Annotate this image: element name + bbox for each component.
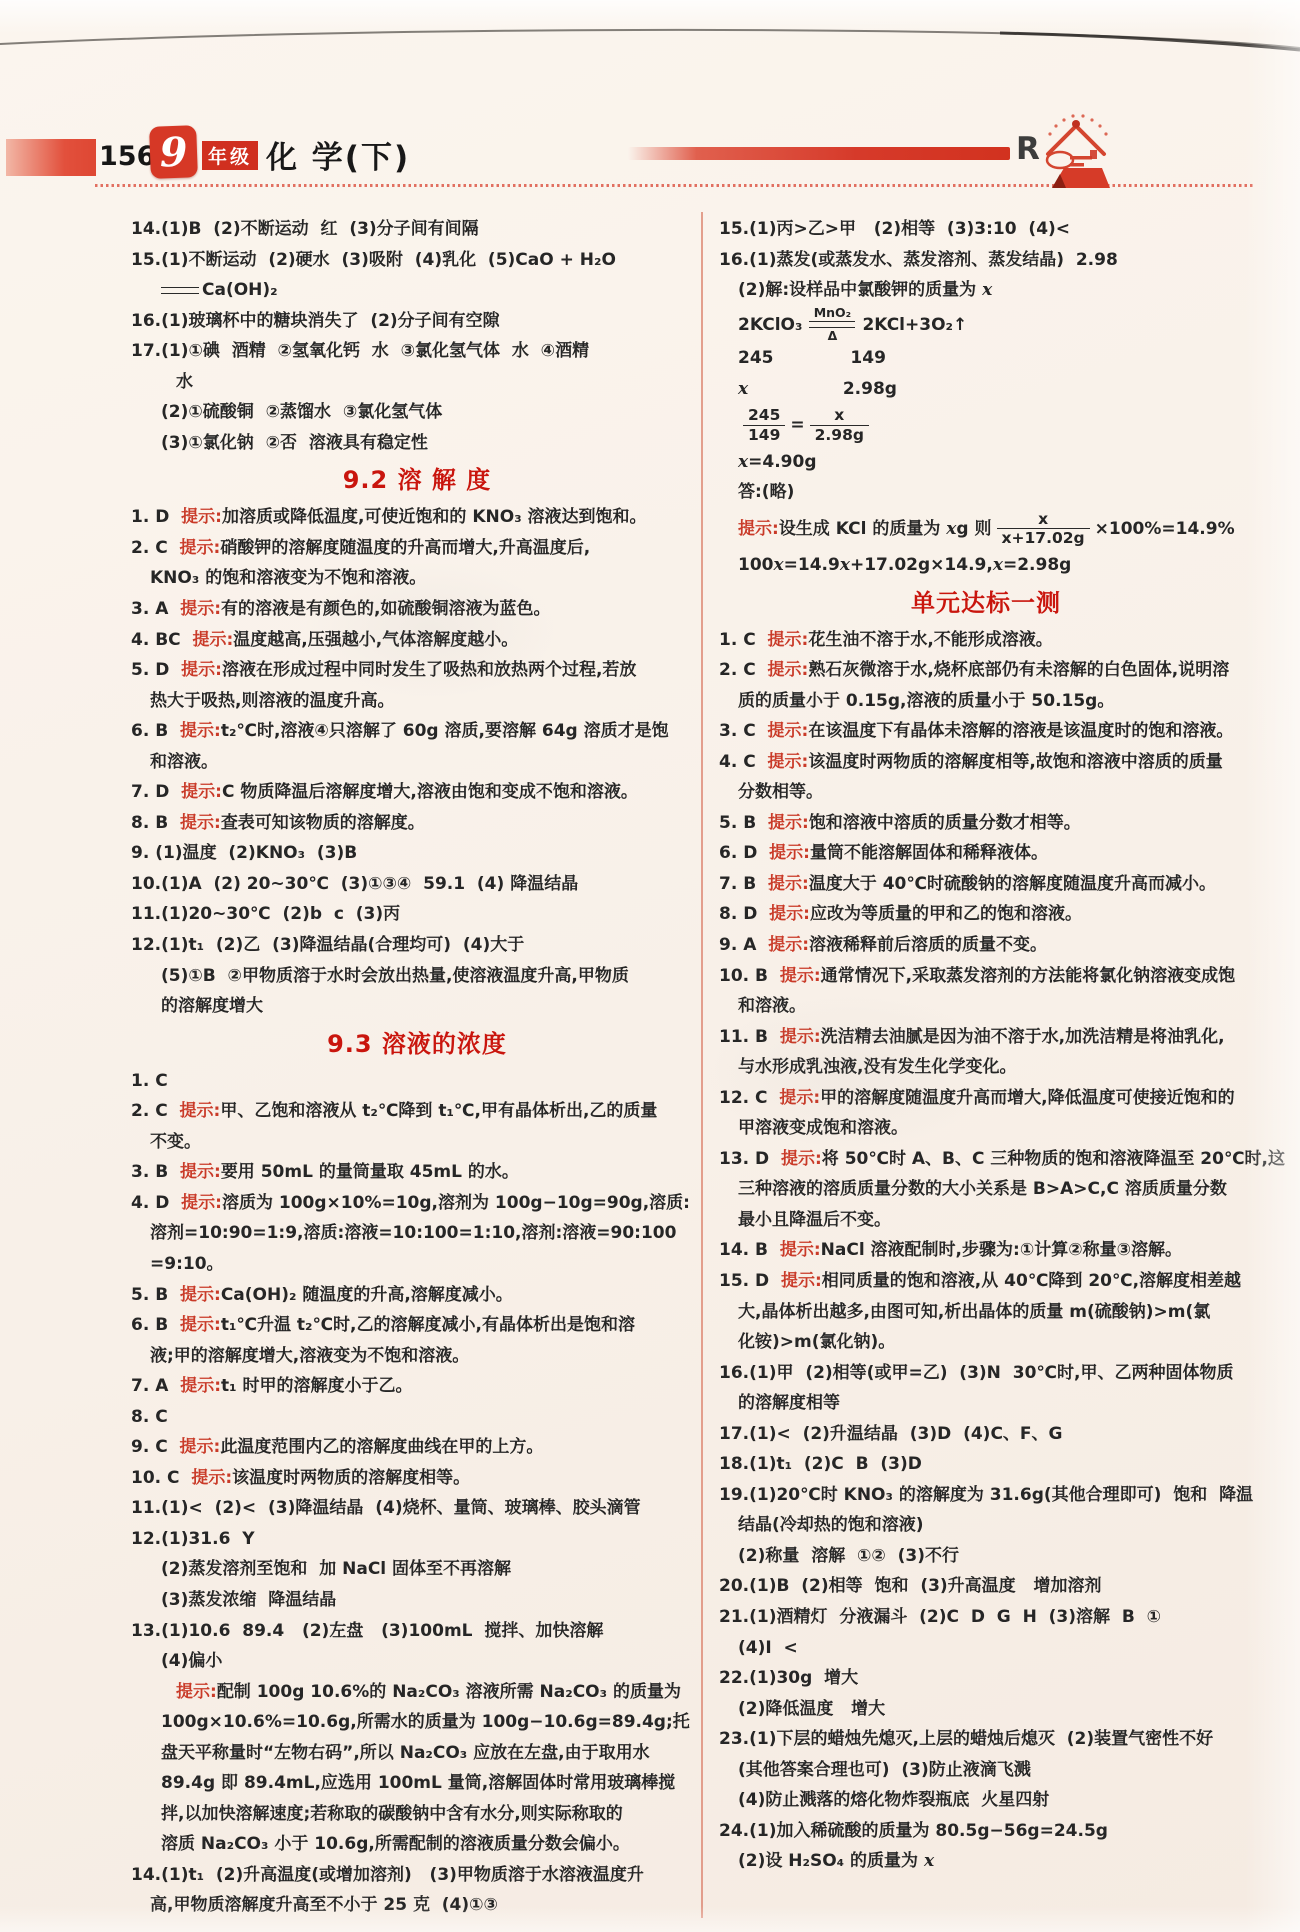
answer-line: (2)解:设样品中氯酸钾的质量为 x [719,275,1253,306]
page-bottom-edge [0,1906,1300,1932]
answer-line: 23.(1)下层的蜡烛先熄灭,上层的蜡烛后熄灭 (2)装置气密性不好 [719,1724,1253,1755]
answer-line: 13. D 提示:将 50℃时 A、B、C 三种物质的饱和溶液降温至 20℃时,… [719,1144,1253,1175]
answer-line: 甲溶液变成饱和溶液。 [719,1113,1253,1144]
answer-line: 的溶解度增大 [131,991,703,1022]
answer-line: 245 149 [719,343,1253,374]
answer-line: 16.(1)玻璃杯中的糖块消失了 (2)分子间有空隙 [131,306,703,337]
answer-line: 盘天平称量时“左物右码”,所以 Na₂CO₃ 应放在左盘,由于取用水 [131,1738,703,1769]
answer-line: 20.(1)B (2)相等 饱和 (3)升高温度 增加溶剂 [719,1571,1253,1602]
answer-line: 12.(1)31.6 Y [131,1524,703,1555]
answer-line: 提示:配制 100g 10.6%的 Na₂CO₃ 溶液所需 Na₂CO₃ 的质量… [131,1677,703,1708]
answer-line: 24.(1)加入稀硫酸的质量为 80.5g−56g=24.5g [719,1816,1253,1847]
fraction: 245149 [743,406,785,444]
answer-line: 6. B 提示:t₁℃升温 t₂℃时,乙的溶解度减小,有晶体析出是饱和溶 [131,1310,703,1341]
answer-line: 9. C 提示:此温度范围内乙的溶解度曲线在甲的上方。 [131,1432,703,1463]
answer-line: 2KClO₃MnO₂Δ2KCl+3O₂↑ [719,306,1253,344]
answer-line: 三种溶液的溶质质量分数的大小关系是 B>A>C,C 溶质质量分数 [719,1174,1253,1205]
answer-line: 4. BC 提示:温度越高,压强越小,气体溶解度越小。 [131,625,703,656]
answer-line: 9. A 提示:溶液稀释前后溶质的质量不变。 [719,930,1253,961]
page-number: 156 [99,141,155,172]
answer-line: 10.(1)A (2) 20~30℃ (3)①③④ 59.1 (4) 降温结晶 [131,869,703,900]
answer-line: 化铵)>m(氯化钠)。 [719,1327,1253,1358]
answer-line: 16.(1)甲 (2)相等(或甲=乙) (3)N 30℃时,甲、乙两种固体物质 [719,1358,1253,1389]
answer-line: 8. D 提示:应改为等质量的甲和乙的饱和溶液。 [719,899,1253,930]
subject-title: 化 学(下) [266,132,410,177]
answer-line: (2)降低温度 增大 [719,1694,1253,1725]
answer-line: 9. (1)温度 (2)KNO₃ (3)B [131,838,703,869]
header-right-bar [628,147,1010,160]
answer-line: 21.(1)酒精灯 分液漏斗 (2)C D G H (3)溶解 B ① [719,1602,1253,1633]
answer-line: 5. D 提示:溶液在形成过程中同时发生了吸热和放热两个过程,若放 [131,655,703,686]
answer-line: 100x=14.9x+17.02g×14.9,x=2.98g [719,550,1253,581]
answer-line: 17.(1)< (2)升温结晶 (3)D (4)C、F、G [719,1419,1253,1450]
answer-line: (2)设 H₂SO₄ 的质量为 x [719,1846,1253,1877]
answer-line: 16.(1)蒸发(或蒸发水、蒸发溶剂、蒸发结晶) 2.98 [719,245,1253,276]
answer-line: 热大于吸热,则溶液的温度升高。 [131,686,703,717]
answer-line: 3. A 提示:有的溶液是有颜色的,如硫酸铜溶液为蓝色。 [131,594,703,625]
answer-line: 14. B 提示:NaCl 溶液配制时,步骤为:①计算②称量③溶解。 [719,1235,1253,1266]
answer-line: (5)①B ②甲物质溶于水时会放出热量,使溶液温度升高,甲物质 [131,961,703,992]
section-heading: 单元达标一测 [719,581,1253,625]
section-heading: 9.3 溶液的浓度 [131,1022,703,1066]
answer-line: 5. B 提示:饱和溶液中溶质的质量分数才相等。 [719,808,1253,839]
answer-line: 1. D 提示:加溶质或降低温度,可使近饱和的 KNO₃ 溶液达到饱和。 [131,502,703,533]
answer-line: (2)蒸发溶剂至饱和 加 NaCl 固体至不再溶解 [131,1554,703,1585]
answer-line: 15. D 提示:相同质量的饱和溶液,从 40℃降到 20℃,溶解度相差越 [719,1266,1253,1297]
answer-line: 15.(1)不断运动 (2)硬水 (3)吸附 (4)乳化 (5)CaO + H₂… [131,245,703,276]
textbook-answer-page: 156 9 年级 化 学(下) R 14.(1)B (2)不断运动 红 (3)分 [0,0,1300,1932]
answer-line: 2. C 提示:硝酸钾的溶解度随温度的升高而增大,升高温度后, [131,533,703,564]
answer-line: 溶质 Na₂CO₃ 小于 10.6g,所需配制的溶液质量分数会偏小。 [131,1829,703,1860]
answer-line: 7. D 提示:C 物质降温后溶解度增大,溶液由饱和变成不饱和溶液。 [131,777,703,808]
answer-line: 6. D 提示:量筒不能溶解固体和稀释液体。 [719,838,1253,869]
double-line-equals [161,287,199,294]
answer-line: 大,晶体析出越多,由图可知,析出晶体的质量 m(硫酸钠)>m(氯 [719,1297,1253,1328]
answer-line: x=4.90g [719,447,1253,478]
answer-line: 10. C 提示:该温度时两物质的溶解度相等。 [131,1463,703,1494]
answer-line: 8. C [131,1402,703,1433]
answer-line: 2. C 提示:甲、乙饱和溶液从 t₂℃降到 t₁℃,甲有晶体析出,乙的质量 [131,1096,703,1127]
answer-line: 13.(1)10.6 89.4 (2)左盘 (3)100mL 搅拌、加快溶解 [131,1616,703,1647]
answer-line: 3. B 提示:要用 50mL 的量筒量取 45mL 的水。 [131,1157,703,1188]
answer-line: 3. C 提示:在该温度下有晶体未溶解的溶液是该温度时的饱和溶液。 [719,716,1253,747]
reaction-condition: MnO₂Δ [809,306,855,344]
answer-line: 7. B 提示:温度大于 40℃时硫酸钠的溶解度随温度升高而减小。 [719,869,1253,900]
answer-line: 245149=x2.98g [719,404,1253,446]
answer-line: 18.(1)t₁ (2)C B (3)D [719,1449,1253,1480]
answer-line: 和溶液。 [719,991,1253,1022]
answer-line: 4. D 提示:溶质为 100g×10%=10g,溶剂为 100g−10g=90… [131,1188,703,1219]
answer-line: KNO₃ 的饱和溶液变为不饱和溶液。 [131,563,703,594]
answer-line: 和溶液。 [131,747,703,778]
answer-line: 与水形成乳浊液,没有发生化学变化。 [719,1052,1253,1083]
answer-line: 12.(1)t₁ (2)乙 (3)降温结晶(合理均可) (4)大于 [131,930,703,961]
page-edge-curve [0,0,1300,60]
answer-line: (4)偏小 [131,1646,703,1677]
answer-line: (4)防止溅落的熔化物炸裂瓶底 火星四射 [719,1785,1253,1816]
answer-line: 11. B 提示:洗洁精去油腻是因为油不溶于水,加洗洁精是将油乳化, [719,1022,1253,1053]
answer-line: 100g×10.6%=10.6g,所需水的质量为 100g−10.6g=89.4… [131,1707,703,1738]
right-column: 15.(1)丙>乙>甲 (2)相等 (3)3:10 (4)<16.(1)蒸发(或… [719,214,1253,1877]
answer-line: 6. B 提示:t₂℃时,溶液④只溶解了 60g 溶质,要溶解 64g 溶质才是… [131,716,703,747]
answer-line: (3)①氯化钠 ②否 溶液具有稳定性 [131,428,703,459]
answer-line: 提示:设生成 KCl 的质量为 xg 则xx+17.02g×100%=14.9% [719,508,1253,550]
answer-line: 4. C 提示:该温度时两物质的溶解度相等,故饱和溶液中溶质的质量 [719,747,1253,778]
answer-line: (4)I < [719,1633,1253,1664]
answer-line: 不变。 [131,1127,703,1158]
grade-label-badge: 年级 [202,141,258,170]
answer-line: 19.(1)20℃时 KNO₃ 的溶解度为 31.6g(其他合理即可) 饱和 降… [719,1480,1253,1511]
answer-line: 17.(1)①碘 酒精 ②氢氧化钙 水 ③氯化氢气体 水 ④酒精 [131,336,703,367]
answer-line: 液;甲的溶解度增大,溶液变为不饱和溶液。 [131,1341,703,1372]
answer-line: 11.(1)20~30℃ (2)b c (3)丙 [131,899,703,930]
answer-line: 1. C 提示:花生油不溶于水,不能形成溶液。 [719,625,1253,656]
answer-line: (2)①硫酸铜 ②蒸馏水 ③氯化氢气体 [131,397,703,428]
answer-line: (3)蒸发浓缩 降温结晶 [131,1585,703,1616]
answer-line: 15.(1)丙>乙>甲 (2)相等 (3)3:10 (4)< [719,214,1253,245]
fraction: xx+17.02g [997,510,1090,548]
answer-line: 分数相等。 [719,777,1253,808]
answer-line: 11.(1)< (2)< (3)降温结晶 (4)烧杯、量筒、玻璃棒、胶头滴管 [131,1493,703,1524]
answer-line: 12. C 提示:甲的溶解度随温度升高而增大,降低温度可使接近饱和的 [719,1083,1253,1114]
answer-line: 质的质量小于 0.15g,溶液的质量小于 50.15g。 [719,686,1253,717]
answer-line: 22.(1)30g 增大 [719,1663,1253,1694]
page-right-edge [1245,0,1300,1932]
answer-line: 的溶解度相等 [719,1388,1253,1419]
answer-line: 答:(略) [719,477,1253,508]
left-column: 14.(1)B (2)不断运动 红 (3)分子间有间隔15.(1)不断运动 (2… [131,214,703,1921]
answer-line: 5. B 提示:Ca(OH)₂ 随温度的升高,溶解度减小。 [131,1280,703,1311]
grade-badge: 9 [149,125,198,179]
answer-line: 89.4g 即 89.4mL,应选用 100mL 量筒,溶解固体时常用玻璃棒搅 [131,1768,703,1799]
answer-line: 7. A 提示:t₁ 时甲的溶解度小于乙。 [131,1371,703,1402]
answer-line: (其他答案合理也可) (3)防止液滴飞溅 [719,1755,1253,1786]
answer-line: 10. B 提示:通常情况下,采取蒸发溶剂的方法能将氯化钠溶液变成饱 [719,961,1253,992]
answer-line: (2)称量 溶解 ①② (3)不行 [719,1541,1253,1572]
section-heading: 9.2 溶 解 度 [131,458,703,502]
answer-line: 1. C [131,1066,703,1097]
header-left-bar [6,139,96,176]
answer-line: Ca(OH)₂ [131,275,703,306]
answer-line: =9:10。 [131,1249,703,1280]
answer-line: 14.(1)t₁ (2)升高温度(或增加溶剂) (3)甲物质溶于水溶液温度升 [131,1860,703,1891]
answer-line: 拌,以加快溶解速度;若称取的碳酸钠中含有水分,则实际称取的 [131,1799,703,1830]
answer-line: 溶剂=10:90=1:9,溶质:溶液=10:100=1:10,溶剂:溶液=90:… [131,1218,703,1249]
publisher-logo [1040,106,1112,190]
answer-line: 结晶(冷却热的饱和溶液) [719,1510,1253,1541]
answer-line: 水 [131,367,703,398]
answer-line: x 2.98g [719,374,1253,405]
answer-line: 最小且降温后不变。 [719,1205,1253,1236]
answer-line: 8. B 提示:查表可知该物质的溶解度。 [131,808,703,839]
edition-letter: R [1016,131,1040,167]
answer-line: 2. C 提示:熟石灰微溶于水,烧杯底部仍有未溶解的白色固体,说明溶 [719,655,1253,686]
answer-line: 14.(1)B (2)不断运动 红 (3)分子间有间隔 [131,214,703,245]
fraction: x2.98g [810,406,869,444]
